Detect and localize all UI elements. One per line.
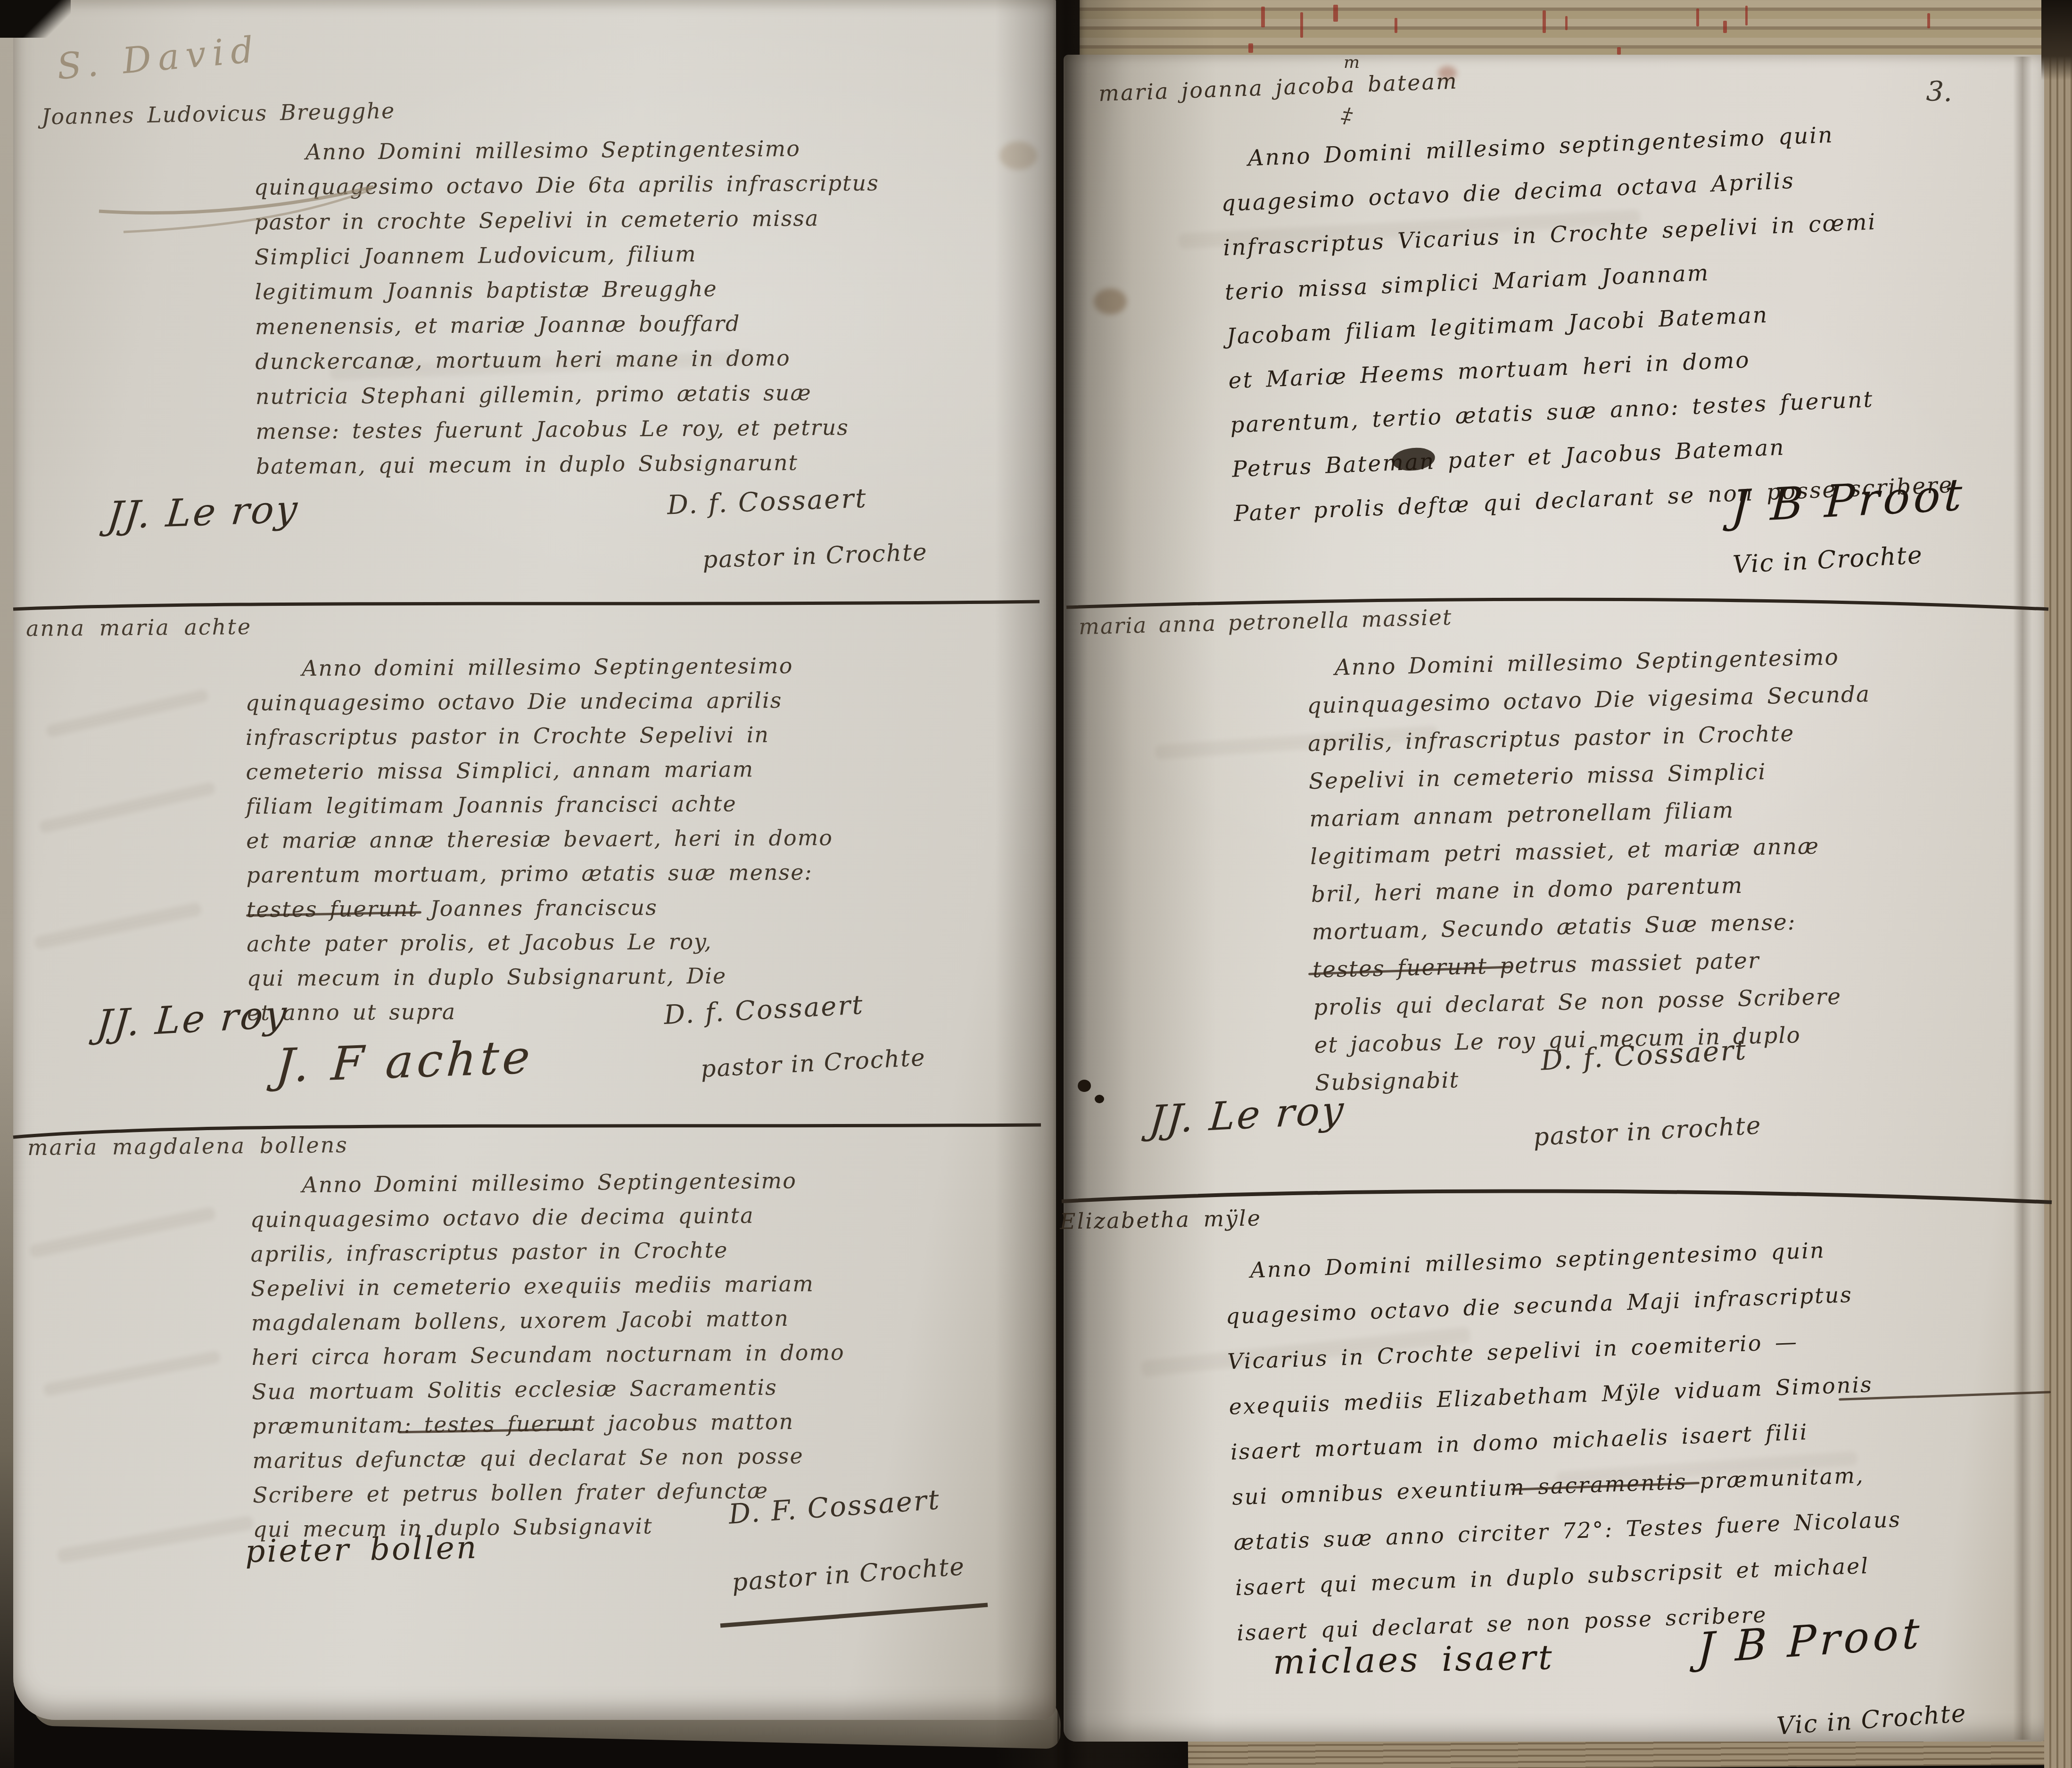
red-edge-mark [1543,10,1546,33]
entry-line: legitimum Joannis baptistæ Breugghe [255,270,880,309]
signature-isaert: miclaes isaert [1272,1637,1554,1682]
entry-body: Anno Domini millesimo septingentesimo qu… [1219,109,1954,537]
entry-title-superscript: m [1344,53,1360,72]
entry-line: quinquagesimo octavo Die undecima aprili… [245,683,832,720]
entry-line: Anno domini millesimo Septingentesimo [245,648,832,686]
entry-line: aprilis, infrascriptus pastor in Crochte [250,1232,844,1272]
entry-line: Simplici Joannem Ludovicum, filium [255,235,880,274]
entry-body: Anno Domini millesimo Septingentesimo qu… [1306,638,1879,1102]
gutter-line [1057,0,1059,1768]
entry-line: cemeterio missa Simplici, annam mariam [246,752,833,789]
entry-title: anna maria achte [26,614,252,641]
entry-line: heri circa horam Secundam nocturnam in d… [251,1335,845,1375]
entry-line: præmunitam: testes fuerunt jacobus matto… [252,1404,845,1444]
signature-leroy: JJ. Le roy [105,487,301,538]
entry-line: mense: testes fuerunt Jacobus Le roy, et… [256,410,881,449]
entry-line: qui mecum in duplo Subsignarunt, Die [247,958,834,996]
red-edge-mark [1333,5,1338,22]
entry-body: Anno Domini millesimo Septingentesimo qu… [250,1163,846,1547]
red-edge-mark [1565,16,1568,30]
manuscript-scan: S. David Joannes Ludovicus Breugghe Anno… [0,0,2072,1768]
red-edge-mark [1723,21,1727,33]
ink-blot [1095,1095,1104,1103]
red-edge-mark [1617,47,1621,55]
page-number: 3. [1926,75,1953,108]
entry-line: magdalenam bollens, uxorem Jacobi matton [251,1301,845,1340]
entry-line: filiam legitimam Joannis francisci achte [246,786,833,824]
signature-bollen: pieter bollen [245,1529,479,1570]
red-edge-mark [1395,18,1397,33]
entry-line: infrascriptus pastor in Crochte Sepelivi… [246,717,833,755]
entry-line: et mariæ annæ theresiæ bevaert, heri in … [246,820,833,858]
red-edge-mark [1300,12,1303,38]
entry-line: Anno Domini millesimo Septingentesimo [250,1163,843,1203]
gutter-shadow [995,0,1216,1768]
entry-line: achte pater prolis, et Jacobus Le roy, [247,924,834,961]
entry-line: pastor in crochte Sepelivi in cemeterio … [254,200,879,240]
entry-line: quinquagesimo octavo die decima quinta [250,1198,844,1237]
left-book-edge [0,0,14,1768]
entry-line: parentum mortuam, primo ætatis suæ mense… [246,855,833,892]
entry-body: Anno Domini millesimo septingentesimo qu… [1223,1225,1905,1656]
entry-line: maritus defunctæ qui declarat Se non pos… [252,1438,846,1478]
right-page-crease [2013,57,2032,1740]
entry-title: Elizabetha mÿle [1060,1205,1262,1234]
red-edge-mark [1248,43,1253,53]
right-book-edge [2044,0,2072,1768]
entry-line: Sepelivi in cemeterio exequiis mediis ma… [251,1266,844,1306]
red-edge-mark [1696,8,1699,26]
entry-body: Anno Domini millesimo Septingentesimo qu… [254,131,881,484]
signature-achte: J. F achte [274,1030,536,1093]
entry-body: Anno domini millesimo Septingentesimo qu… [245,648,834,1030]
right-edge-top-shadow [2041,0,2072,80]
entry-line: nutricia Stephani gillemin, primo ætatis… [256,375,881,414]
red-edge-mark [1927,13,1930,28]
entry-line: dunckercanæ, mortuum heri mane in domo [255,340,880,379]
entry-line: bateman, qui mecum in duplo Subsignarunt [256,445,881,484]
top-page-edges [1080,0,2072,62]
entry-line: testes fuerunt Joannes franciscus [247,889,834,927]
ink-blot [1078,1080,1091,1092]
red-edge-mark [1261,7,1265,27]
red-edge-mark [1745,6,1748,25]
entry-title: maria magdalena bollens [27,1132,348,1160]
entry-line: Anno Domini millesimo Septingentesimo [254,131,879,170]
entry-line: menenensis, et mariæ Joannæ bouffard [255,305,880,344]
entry-line: quinquagesimo octavo Die 6ta aprilis inf… [254,165,879,205]
top-left-corner [0,0,71,38]
entry-line: Sua mortuam Solitis ecclesiæ Sacramentis [252,1370,845,1409]
